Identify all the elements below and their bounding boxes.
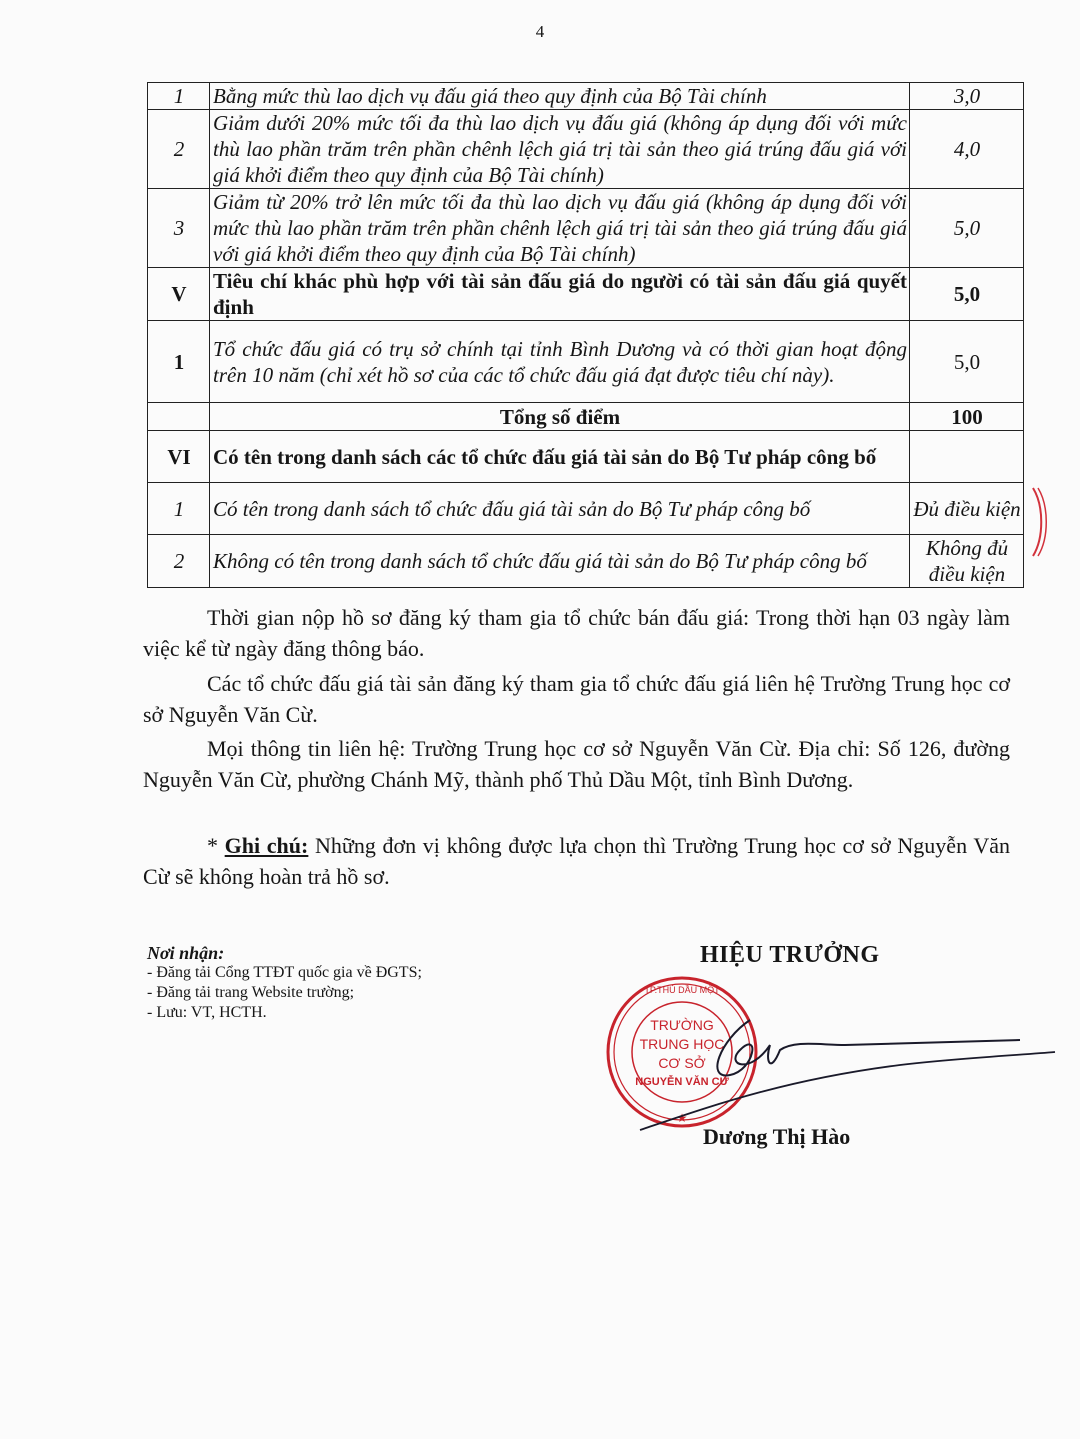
- criterion-text: Tổng số điểm: [210, 403, 910, 431]
- criterion-text: Bằng mức thù lao dịch vụ đấu giá theo qu…: [210, 83, 910, 110]
- table-row: Tổng số điểm100: [148, 403, 1024, 431]
- paragraph-deadline: Thời gian nộp hồ sơ đăng ký tham gia tổ …: [143, 602, 1010, 664]
- criteria-table: 1Bằng mức thù lao dịch vụ đấu giá theo q…: [147, 82, 1024, 588]
- score-cell: 5,0: [910, 321, 1024, 403]
- score-cell: [910, 431, 1024, 483]
- signer-name: Dương Thị Hào: [703, 1124, 850, 1150]
- row-number: 3: [148, 189, 210, 268]
- paragraph-contact-info: Mọi thông tin liên hệ: Trường Trung học …: [143, 733, 1010, 795]
- note-label: Ghi chú:: [225, 833, 309, 858]
- paragraph-note: * Ghi chú: Những đơn vị không được lựa c…: [143, 830, 1010, 892]
- criterion-text: Có tên trong danh sách các tổ chức đấu g…: [210, 431, 910, 483]
- criterion-text: Tổ chức đấu giá có trụ sở chính tại tỉnh…: [210, 321, 910, 403]
- row-number: 1: [148, 83, 210, 110]
- table-row: 1Có tên trong danh sách tổ chức đấu giá …: [148, 483, 1024, 535]
- recipient-item: - Đăng tải trang Website trường;: [147, 983, 422, 1003]
- row-number: V: [148, 268, 210, 321]
- recipient-item: - Đăng tải Cổng TTĐT quốc gia về ĐGTS;: [147, 963, 422, 983]
- criterion-text: Không có tên trong danh sách tổ chức đấu…: [210, 535, 910, 588]
- score-cell: 4,0: [910, 110, 1024, 189]
- score-cell: 5,0: [910, 189, 1024, 268]
- score-cell: 5,0: [910, 268, 1024, 321]
- score-cell: Không đủ điều kiện: [910, 535, 1024, 588]
- red-margin-mark-icon: [1030, 486, 1050, 558]
- criterion-text: Tiêu chí khác phù hợp với tài sản đấu gi…: [210, 268, 910, 321]
- table-row: VTiêu chí khác phù hợp với tài sản đấu g…: [148, 268, 1024, 321]
- criterion-text: Giảm từ 20% trở lên mức tối đa thù lao d…: [210, 189, 910, 268]
- score-cell: 3,0: [910, 83, 1024, 110]
- recipient-item: - Lưu: VT, HCTH.: [147, 1003, 422, 1023]
- row-number: 2: [148, 535, 210, 588]
- row-number: [148, 403, 210, 431]
- svg-text:TP.THỦ DẦU MỘT: TP.THỦ DẦU MỘT: [644, 984, 720, 995]
- criterion-text: Có tên trong danh sách tổ chức đấu giá t…: [210, 483, 910, 535]
- score-cell: Đủ điều kiện: [910, 483, 1024, 535]
- paragraph-contact-org: Các tổ chức đấu giá tài sản đăng ký tham…: [143, 668, 1010, 730]
- row-number: 1: [148, 321, 210, 403]
- table-row: 2Không có tên trong danh sách tổ chức đấ…: [148, 535, 1024, 588]
- criterion-text: Giảm dưới 20% mức tối đa thù lao dịch vụ…: [210, 110, 910, 189]
- table-row: 1Bằng mức thù lao dịch vụ đấu giá theo q…: [148, 83, 1024, 110]
- row-number: 1: [148, 483, 210, 535]
- score-cell: 100: [910, 403, 1024, 431]
- recipients-heading: Nơi nhận:: [147, 943, 422, 963]
- row-number: VI: [148, 431, 210, 483]
- recipients-block: Nơi nhận: - Đăng tải Cổng TTĐT quốc gia …: [147, 943, 422, 1023]
- page-number: 4: [0, 22, 1080, 42]
- table-row: 2Giảm dưới 20% mức tối đa thù lao dịch v…: [148, 110, 1024, 189]
- table-row: 1Tổ chức đấu giá có trụ sở chính tại tỉn…: [148, 321, 1024, 403]
- table-row: 3Giảm từ 20% trở lên mức tối đa thù lao …: [148, 189, 1024, 268]
- row-number: 2: [148, 110, 210, 189]
- table-row: VICó tên trong danh sách các tổ chức đấu…: [148, 431, 1024, 483]
- signer-title: HIỆU TRƯỞNG: [700, 942, 880, 969]
